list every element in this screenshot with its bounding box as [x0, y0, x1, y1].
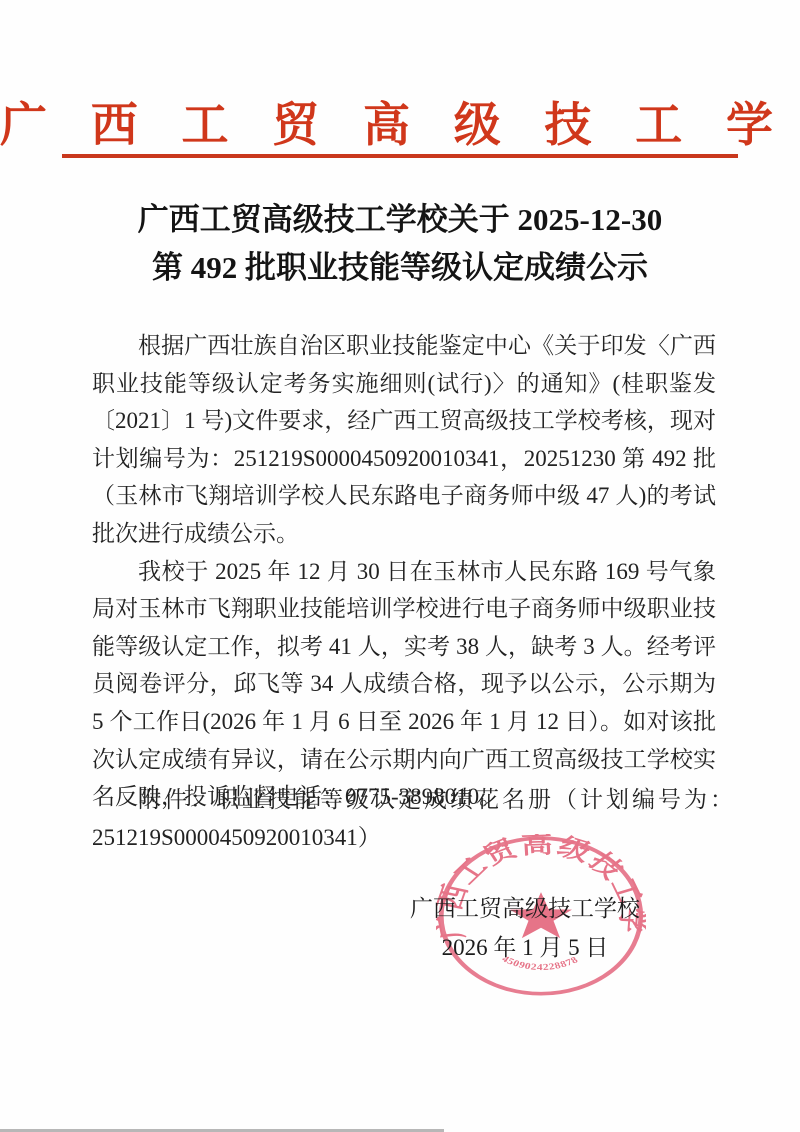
signature-date: 2026 年 1 月 5 日 — [403, 928, 647, 967]
letterhead-divider — [62, 154, 738, 158]
paragraph-basis: 根据广西壮族自治区职业技能鉴定中心《关于印发〈广西职业技能等级认定考务实施细则(… — [92, 327, 716, 553]
letterhead-title: 广 西 工 贸 高 级 技 工 学 校 — [0, 88, 800, 155]
signature-org: 广西工贸高级技工学校 — [403, 889, 647, 928]
document-title: 广西工贸高级技工学校关于 2025-12-30 第 492 批职业技能等级认定成… — [60, 196, 740, 292]
document-page: 广 西 工 贸 高 级 技 工 学 校 广西工贸高级技工学校关于 2025-12… — [0, 0, 800, 1132]
signature-block: 广西工贸高级技工学校 2026 年 1 月 5 日 — [403, 889, 647, 967]
document-title-line2: 第 492 批职业技能等级认定成绩公示 — [60, 244, 740, 292]
paragraph-results: 我校于 2025 年 12 月 30 日在玉林市人民东路 169 号气象局对玉林… — [92, 553, 716, 816]
document-body: 根据广西壮族自治区职业技能鉴定中心《关于印发〈广西职业技能等级认定考务实施细则(… — [92, 327, 716, 816]
document-title-line1: 广西工贸高级技工学校关于 2025-12-30 — [60, 196, 740, 244]
attachment-note-line1: 附件：职业技能等级认定成绩花名册（计划编号为： — [92, 781, 722, 819]
